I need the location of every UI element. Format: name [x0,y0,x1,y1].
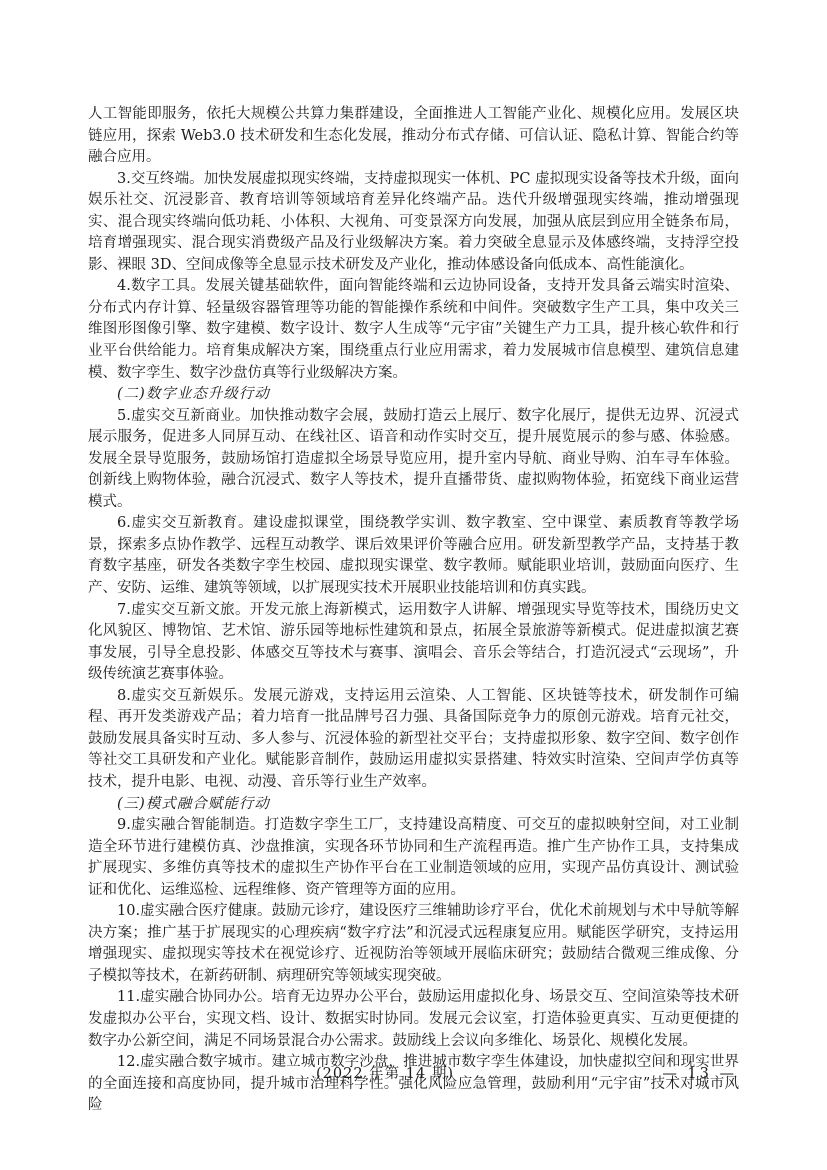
section-heading-2: (二)数字业态升级行动 [88,384,739,406]
body-paragraph: 9.虚实融合智能制造。打造数字孪生工厂，支持建设高精度、可交互的虚拟映射空间，对… [88,815,739,901]
page-number: — 13 — [662,1064,737,1086]
body-paragraph: 3.交互终端。加快发展虚拟现实终端，支持虚拟现实一体机、PC 虚拟现实设备等技术… [88,169,739,277]
text-block: 人工智能即服务，依托大规模公共算力集群建设，全面推进人工智能产业化、规模化应用。… [88,104,739,1117]
page-footer: (2022 年第 14 期) — 13 — [88,1064,739,1086]
body-paragraph: 4.数字工具。发展关键基础软件，面向智能终端和云边协同设备，支持开发具备云端实时… [88,276,739,384]
document-page: 人工智能即服务，依托大规模公共算力集群建设，全面推进人工智能产业化、规模化应用。… [0,0,827,1170]
section-heading-3: (三)模式融合赋能行动 [88,794,739,816]
body-paragraph: 10.虚实融合医疗健康。鼓励元诊疗，建设医疗三维辅助诊疗平台，优化术前规划与术中… [88,901,739,987]
body-paragraph: 人工智能即服务，依托大规模公共算力集群建设，全面推进人工智能产业化、规模化应用。… [88,104,739,169]
body-paragraph: 7.虚实交互新文旅。开发元旅上海新模式，运用数字人讲解、增强现实导览等技术，围绕… [88,600,739,686]
body-paragraph: 8.虚实交互新娱乐。发展元游戏，支持运用云渲染、人工智能、区块链等技术，研发制作… [88,686,739,794]
body-paragraph: 6.虚实交互新教育。建设虚拟课堂，围绕教学实训、数字教室、空中课堂、素质教育等教… [88,513,739,599]
body-paragraph: 5.虚实交互新商业。加快推动数字会展，鼓励打造云上展厅、数字化展厅，提供无边界、… [88,406,739,514]
issue-label: (2022 年第 14 期) [316,1064,454,1086]
body-paragraph: 11.虚实融合协同办公。培育无边界办公平台，鼓励运用虚拟化身、场景交互、空间渲染… [88,987,739,1052]
